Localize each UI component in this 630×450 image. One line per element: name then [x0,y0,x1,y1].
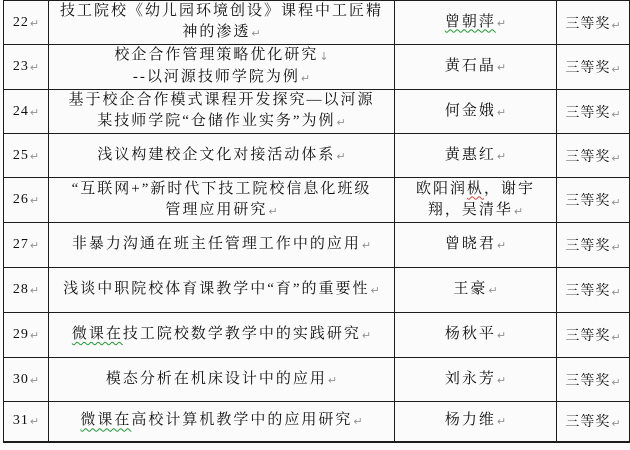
text-run: 浅谈中职院校体育课教学中“育”的重要性 [63,281,369,297]
text-line: “互联网+”新时代下技工院校信息化班级 [52,179,391,200]
paper-title-cell: 非暴力沟通在班主任管理工作中的应用↵ [49,223,395,268]
award-label: 三等奖 [565,374,610,389]
award-cell: 三等奖↵ [557,1,630,45]
table-row: 24↵基于校企合作模式课程开发探究—以河源某技师学院“仓储作业实务”为例↵何金娥… [4,90,630,134]
author-cell: 欧阳润枞，谢宇翔，吴清华↵ [395,178,557,223]
row-number-cell: 27↵ [4,223,49,268]
row-number-cell: 23↵ [4,45,49,90]
paragraph-mark-icon: ↵ [611,63,620,76]
paragraph-mark-icon: ↵ [362,329,371,342]
text-run: 黄石晶 [445,58,496,74]
text-run: 王豪 [453,281,487,297]
text-run: --以河源技师学院为例 [133,69,300,85]
author-cell: 刘永芳↵ [395,358,557,402]
text-run: ，谢宇 [484,181,535,197]
paragraph-mark-icon: ↵ [488,284,497,297]
text-run: 黄惠红 [445,147,496,163]
text-line: 浅谈中职院校体育课教学中“育”的重要性↵ [52,279,391,301]
paper-title-cell: 浅谈中职院校体育课教学中“育”的重要性↵ [49,268,395,313]
table-row: 23↵校企合作管理策略优化研究↓--以河源技师学院为例↵黄石晶↵三等奖↵ [4,45,630,90]
text-line: 翔，吴清华↵ [398,200,553,222]
text-line: 微课在技工院校数学教学中的实践研究↵ [52,324,391,346]
paragraph-mark-icon: ↵ [30,194,39,207]
misspelling-green-underline-text: 微课在 [72,326,123,342]
award-cell: 三等奖↵ [557,223,630,268]
table-row: 29↵微课在技工院校数学教学中的实践研究↵杨秋平↵三等奖↵ [4,313,630,358]
text-line: 技工院校《幼儿园环境创设》课程中工匠精 [52,1,391,22]
paper-title-cell: 微课在高校计算机教学中的应用研究↵ [49,402,395,442]
award-cell: 三等奖↵ [557,313,630,358]
author-cell: 曾晓君↵ [395,223,557,268]
misspelling-green-underline-text: 曾朝萍 [445,14,496,30]
paragraph-mark-icon: ↵ [611,376,620,389]
award-label: 三等奖 [565,329,610,344]
paper-title-cell: 基于校企合作模式课程开发探究—以河源某技师学院“仓储作业实务”为例↵ [49,90,395,134]
table-row: 25↵浅议构建校企文化对接活动体系↵黄惠红↵三等奖↵ [4,134,630,178]
award-cell: 三等奖↵ [557,358,630,402]
text-line: 神的渗透↵ [52,22,391,44]
table-row: 28↵浅谈中职院校体育课教学中“育”的重要性↵王豪↵三等奖↵ [4,268,630,313]
award-label: 三等奖 [565,61,610,76]
award-cell: 三等奖↵ [557,45,630,90]
document-page: { "marks": { "paragraph": "↵", "line_bre… [0,0,630,450]
paragraph-mark-icon: ↵ [30,374,39,387]
text-line: 浅议构建校企文化对接活动体系↵ [52,145,391,167]
table-row: 27↵非暴力沟通在班主任管理工作中的应用↵曾晓君↵三等奖↵ [4,223,630,268]
award-label: 三等奖 [565,239,610,254]
paragraph-mark-icon: ↵ [611,152,620,165]
text-line: 王豪↵ [398,279,553,301]
paragraph-mark-icon: ↵ [611,19,620,32]
row-number-cell: 31↵ [4,402,49,442]
table-row: 30↵模态分析在机床设计中的应用↵刘永芳↵三等奖↵ [4,358,630,402]
text-run: 杨力维 [445,412,496,428]
line-break-mark-icon: ↓ [319,50,328,63]
paper-title-cell: 模态分析在机床设计中的应用↵ [49,358,395,402]
paper-title-cell: 校企合作管理策略优化研究↓--以河源技师学院为例↵ [49,45,395,90]
text-run: 某技师学院“仓储作业实务”为例 [97,113,335,129]
text-run: 何金娥 [445,103,496,119]
author-cell: 杨秋平↵ [395,313,557,358]
text-line: 杨秋平↵ [398,324,553,346]
author-cell: 杨力维↵ [395,402,557,442]
text-run: 神的渗透 [182,24,250,40]
row-number: 25 [13,148,29,163]
award-label: 三等奖 [565,415,610,430]
paragraph-mark-icon: ↵ [362,239,371,252]
table-row: 26↵“互联网+”新时代下技工院校信息化班级管理应用研究↵欧阳润枞，谢宇翔，吴清… [4,178,630,223]
paragraph-mark-icon: ↵ [497,374,506,387]
row-number: 29 [13,327,29,342]
text-run: 刘永芳 [445,371,496,387]
paragraph-mark-icon: ↵ [337,116,346,129]
text-line: 微课在高校计算机教学中的应用研究↵ [52,410,391,432]
paragraph-mark-icon: ↵ [268,205,277,218]
row-number: 23 [13,59,29,74]
paragraph-mark-icon: ↵ [611,417,620,430]
paragraph-mark-icon: ↵ [336,150,345,163]
text-line: 校企合作管理策略优化研究↓ [52,45,391,67]
text-line: 模态分析在机床设计中的应用↵ [52,369,391,391]
author-cell: 黄石晶↵ [395,45,557,90]
paragraph-mark-icon: ↵ [30,284,39,297]
award-cell: 三等奖↵ [557,90,630,134]
paragraph-mark-icon: ↵ [497,329,506,342]
paragraph-mark-icon: ↵ [497,150,506,163]
row-number: 24 [13,104,29,119]
award-label: 三等奖 [565,194,610,209]
paper-title-cell: 浅议构建校企文化对接活动体系↵ [49,134,395,178]
text-run: 曾晓君 [445,236,496,252]
paragraph-mark-icon: ↵ [30,61,39,74]
text-line: 何金娥↵ [398,101,553,123]
row-number-cell: 29↵ [4,313,49,358]
paper-title-cell: 微课在技工院校数学教学中的实践研究↵ [49,313,395,358]
text-run: 基于校企合作模式课程开发探究—以河源 [68,92,374,108]
author-cell: 何金娥↵ [395,90,557,134]
text-line: 黄惠红↵ [398,145,553,167]
text-line: 黄石晶↵ [398,56,553,78]
text-run: 技工院校《幼儿园环境创设》课程中工匠精 [60,3,383,19]
award-label: 三等奖 [565,284,610,299]
row-number-cell: 24↵ [4,90,49,134]
text-run: 杨秋平 [445,326,496,342]
awards-table: 22↵技工院校《幼儿园环境创设》课程中工匠精神的渗透↵曾朝萍↵三等奖↵23↵校企… [3,0,630,443]
text-run: 欧阳润 [416,181,467,197]
text-run: 翔，吴清华 [428,202,513,218]
table-row: 31↵微课在高校计算机教学中的应用研究↵杨力维↵三等奖↵ [4,402,630,442]
text-run: 管理应用研究 [165,202,267,218]
text-line: 曾晓君↵ [398,234,553,256]
author-cell: 曾朝萍↵ [395,1,557,45]
text-run: 模态分析在机床设计中的应用 [106,371,327,387]
award-label: 三等奖 [565,106,610,121]
paragraph-mark-icon: ↵ [30,17,39,30]
row-number-cell: 28↵ [4,268,49,313]
paragraph-mark-icon: ↵ [611,241,620,254]
paragraph-mark-icon: ↵ [611,196,620,209]
text-line: 基于校企合作模式课程开发探究—以河源 [52,90,391,111]
text-run: 高校计算机教学中的应用研究 [131,412,352,428]
paragraph-mark-icon: ↵ [30,415,39,428]
paragraph-mark-icon: ↵ [371,284,380,297]
paragraph-mark-icon: ↵ [30,150,39,163]
misspelling-green-underline-text: 微课在 [80,412,131,428]
author-cell: 王豪↵ [395,268,557,313]
row-number: 22 [13,15,29,30]
paragraph-mark-icon: ↵ [497,239,506,252]
paragraph-mark-icon: ↵ [611,286,620,299]
text-run: 技工院校数学教学中的实践研究 [123,326,361,342]
text-line: 某技师学院“仓储作业实务”为例↵ [52,111,391,133]
award-cell: 三等奖↵ [557,402,630,442]
row-number-cell: 30↵ [4,358,49,402]
text-line: 刘永芳↵ [398,369,553,391]
row-number-cell: 22↵ [4,1,49,45]
paragraph-mark-icon: ↵ [30,329,39,342]
paragraph-mark-icon: ↵ [30,106,39,119]
award-cell: 三等奖↵ [557,268,630,313]
awards-table-body: 22↵技工院校《幼儿园环境创设》课程中工匠精神的渗透↵曾朝萍↵三等奖↵23↵校企… [4,1,630,442]
text-run: “互联网+”新时代下技工院校信息化班级 [72,181,372,197]
paragraph-mark-icon: ↵ [611,331,620,344]
text-line: 曾朝萍↵ [398,12,553,34]
paragraph-mark-icon: ↵ [497,61,506,74]
award-cell: 三等奖↵ [557,134,630,178]
paragraph-mark-icon: ↵ [301,72,310,85]
paragraph-mark-icon: ↵ [497,415,506,428]
misspelling-red-underline-text: 枞 [467,181,484,197]
row-number: 26 [13,192,29,207]
row-number: 28 [13,282,29,297]
row-number: 31 [13,413,29,428]
row-number-cell: 26↵ [4,178,49,223]
paragraph-mark-icon: ↵ [497,106,506,119]
paragraph-mark-icon: ↵ [497,17,506,30]
paragraph-mark-icon: ↵ [328,374,337,387]
text-line: 非暴力沟通在班主任管理工作中的应用↵ [52,234,391,256]
paper-title-cell: “互联网+”新时代下技工院校信息化班级管理应用研究↵ [49,178,395,223]
paragraph-mark-icon: ↵ [30,239,39,252]
text-line: 欧阳润枞，谢宇 [398,179,553,200]
text-line: --以河源技师学院为例↵ [52,67,391,89]
paper-title-cell: 技工院校《幼儿园环境创设》课程中工匠精神的渗透↵ [49,1,395,45]
paragraph-mark-icon: ↵ [514,205,523,218]
text-line: 管理应用研究↵ [52,200,391,222]
table-row: 22↵技工院校《幼儿园环境创设》课程中工匠精神的渗透↵曾朝萍↵三等奖↵ [4,1,630,45]
text-run: 非暴力沟通在班主任管理工作中的应用 [72,236,361,252]
row-number: 30 [13,372,29,387]
paragraph-mark-icon: ↵ [251,27,260,40]
row-number: 27 [13,237,29,252]
award-label: 三等奖 [565,150,610,165]
text-run: 浅议构建校企文化对接活动体系 [97,147,335,163]
author-cell: 黄惠红↵ [395,134,557,178]
award-cell: 三等奖↵ [557,178,630,223]
text-run: 校企合作管理策略优化研究 [114,47,318,63]
paragraph-mark-icon: ↵ [353,415,362,428]
text-line: 杨力维↵ [398,410,553,432]
award-label: 三等奖 [565,17,610,32]
paragraph-mark-icon: ↵ [611,108,620,121]
row-number-cell: 25↵ [4,134,49,178]
